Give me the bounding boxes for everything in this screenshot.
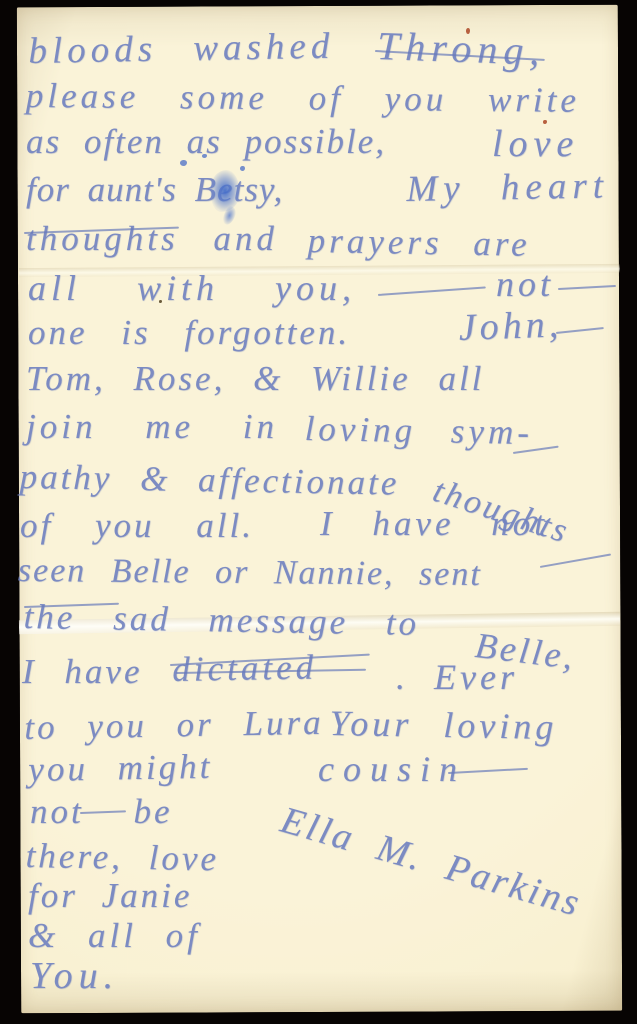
handwriting-line-11a: of you all. [20,506,254,546]
handwriting-line-14b: dictated [172,647,317,690]
handwriting-line-12: seen Belle or Nannie, sent [18,552,482,594]
handwriting-line-7a: one is forgotten. [28,313,350,353]
handwriting-line-16a: you might [28,747,213,790]
handwriting-line-2: please some of you write [26,76,580,121]
handwriting-line-9a: join me in [26,407,278,447]
handwriting-line-21: You. [30,954,119,998]
handwriting-line-18: there, love [25,836,219,879]
handwriting-line-15a: to you or Lura [24,703,324,748]
handwriting-line-14a: I have [22,652,142,692]
handwriting-line-6a: all with you, [28,267,356,309]
handwriting-line-10a: pathy & affectionate [19,457,399,504]
handwriting-line-16b: cousin [318,748,466,790]
handwriting-line-1b: Throng, [376,22,546,75]
handwriting-line-5b: prayers are [307,221,531,265]
handwriting-line-4b: My heart [406,164,609,211]
handwriting-line-19: for Janie [28,876,192,916]
handwriting-line-3b: love [492,122,579,166]
letter-photo: bloods washed Throng, please some of you… [0,0,637,1024]
handwriting-line-14c: . Ever [396,656,518,698]
handwriting-line-5a: thoughts and [26,219,278,259]
handwriting-line-20: & all of [28,916,201,956]
handwriting-line-15b: Your loving [329,702,557,748]
handwriting-line-6b: not [496,263,554,305]
handwriting-line-4a: for aunt's Betsy, [26,170,283,210]
handwriting-line-1a: bloods washed [28,25,335,73]
handwriting-line-11b: I have not [320,504,548,544]
handwriting-line-7b: John, [458,302,563,350]
handwriting-line-8: Tom, Rose, & Willie all [26,359,484,399]
handwriting-line-9b: loving sym- [304,409,533,453]
